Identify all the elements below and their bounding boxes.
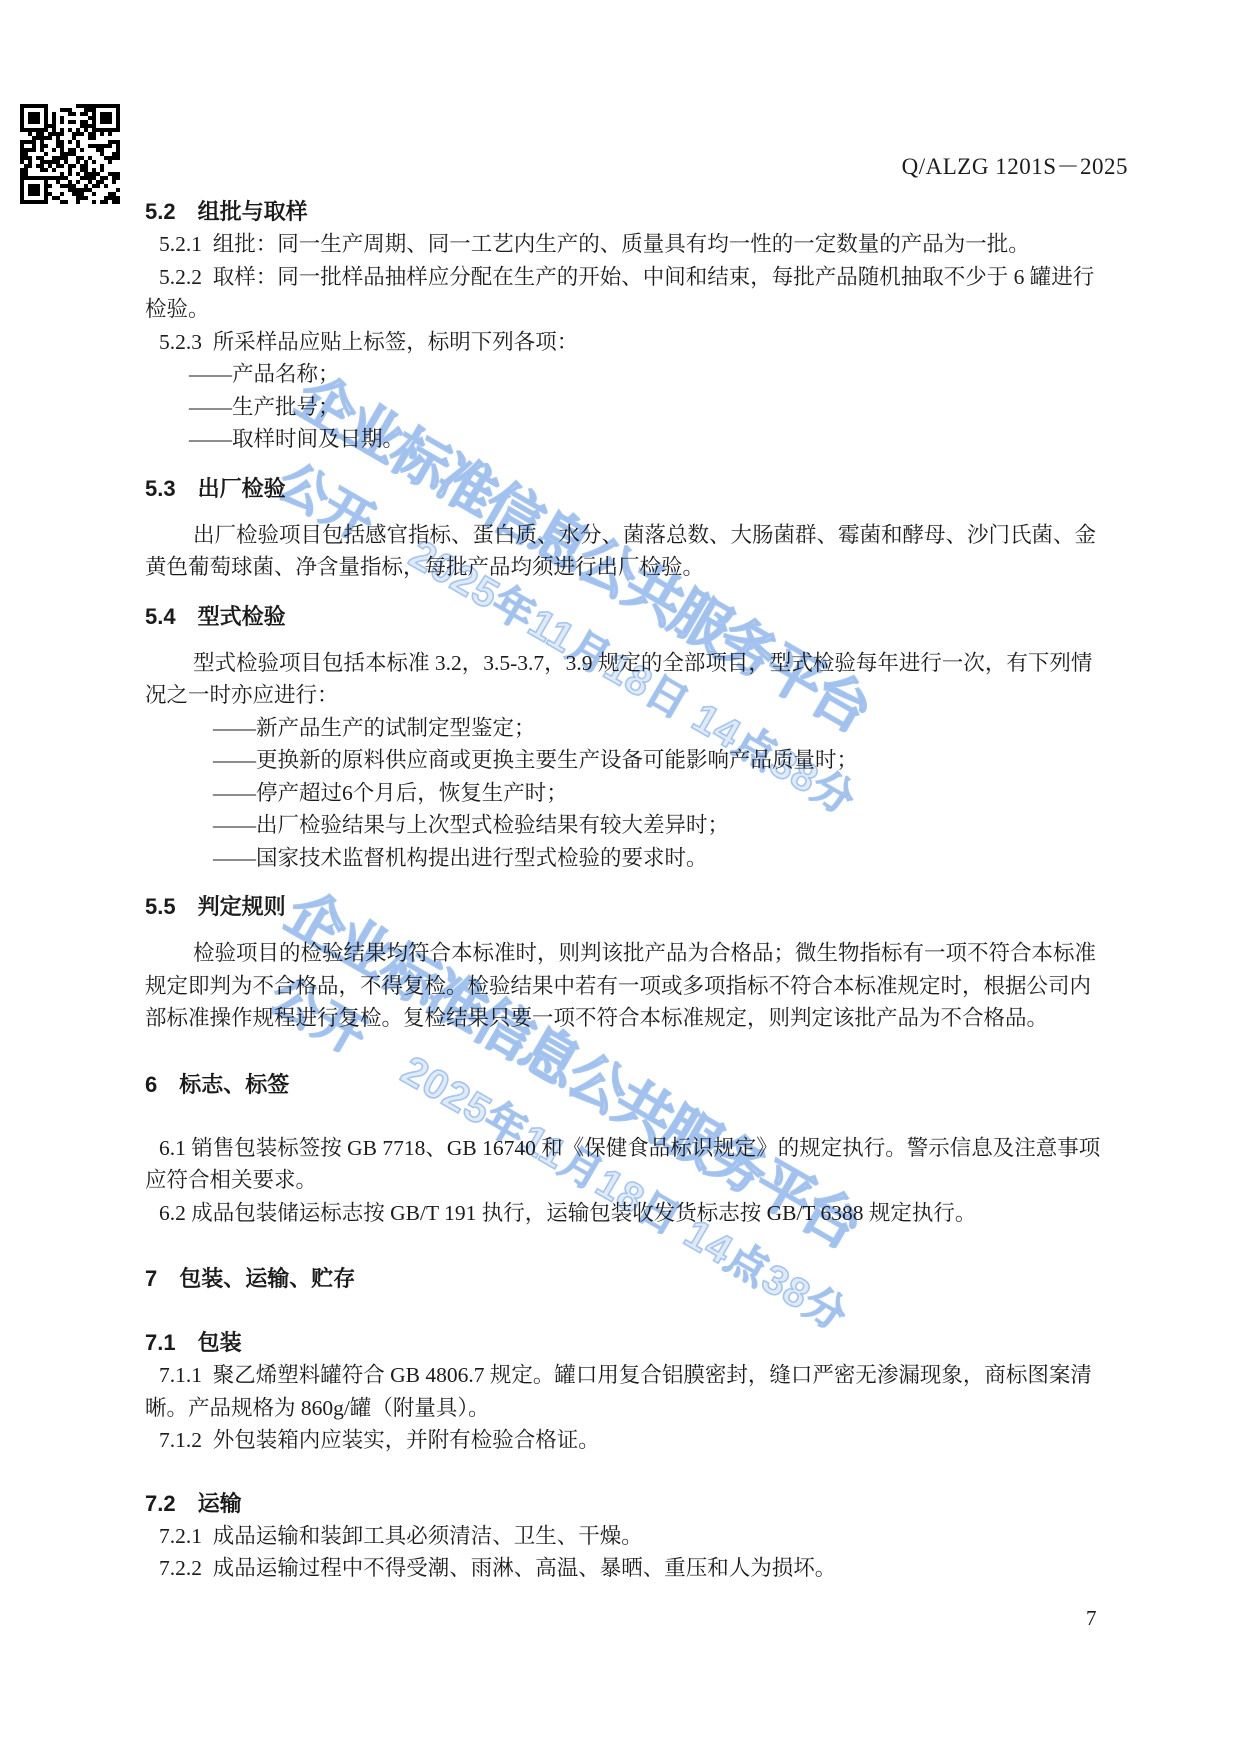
clause-5-2-3: 5.2.3 所采样品应贴上标签，标明下列各项： bbox=[145, 326, 1112, 359]
clause-6-1: 6.1 销售包装标签按 GB 7718、GB 16740 和《保健食品标识规定》… bbox=[145, 1132, 1112, 1197]
list-item: ——国家技术监督机构提出进行型式检验的要求时。 bbox=[213, 842, 1112, 875]
clause-6-2: 6.2 成品包装储运标志按 GB/T 191 执行，运输包装收发货标志按 GB/… bbox=[145, 1197, 1112, 1230]
list-item: ——停产超过6个月后，恢复生产时； bbox=[213, 777, 1112, 810]
heading-7-2: 7.2 运输 bbox=[145, 1487, 1112, 1520]
clause-7-2-2: 7.2.2 成品运输过程中不得受潮、雨淋、高温、暴晒、重压和人为损坏。 bbox=[145, 1552, 1112, 1585]
list-item: ——更换新的原料供应商或更换主要生产设备可能影响产品质量时； bbox=[213, 744, 1112, 777]
list-item: ——取样时间及日期。 bbox=[189, 423, 1112, 456]
list-item: ——产品名称； bbox=[189, 358, 1112, 391]
clause-5-2-2: 5.2.2 取样：同一批样品抽样应分配在生产的开始、中间和结束，每批产品随机抽取… bbox=[145, 261, 1112, 326]
heading-5-2: 5.2 组批与取样 bbox=[145, 195, 1112, 228]
qr-code-icon bbox=[20, 104, 120, 204]
document-page: { "page": { "header_code": "Q/ALZG 1201S… bbox=[0, 0, 1240, 1753]
document-content: 5.2 组批与取样 5.2.1 组批：同一生产周期、同一工艺内生产的、质量具有均… bbox=[145, 195, 1112, 1585]
page-number: 7 bbox=[1086, 1606, 1097, 1631]
qr-code-svg bbox=[20, 104, 120, 204]
paragraph-5-4: 型式检验项目包括本标准 3.2，3.5-3.7，3.9 规定的全部项目，型式检验… bbox=[145, 647, 1112, 712]
heading-5-5: 5.5 判定规则 bbox=[145, 890, 1112, 923]
clause-7-2-1: 7.2.1 成品运输和装卸工具必须清洁、卫生、干燥。 bbox=[145, 1520, 1112, 1553]
clause-5-2-1: 5.2.1 组批：同一生产周期、同一工艺内生产的、质量具有均一性的一定数量的产品… bbox=[145, 228, 1112, 261]
clause-7-1-1: 7.1.1 聚乙烯塑料罐符合 GB 4806.7 规定。罐口用复合铝膜密封，缝口… bbox=[145, 1359, 1112, 1424]
list-item: ——出厂检验结果与上次型式检验结果有较大差异时； bbox=[213, 809, 1112, 842]
list-item: ——新产品生产的试制定型鉴定； bbox=[213, 712, 1112, 745]
document-code: Q/ALZG 1201S－2025 bbox=[902, 148, 1128, 181]
clause-7-1-2: 7.1.2 外包装箱内应装实，并附有检验合格证。 bbox=[145, 1424, 1112, 1457]
heading-5-4: 5.4 型式检验 bbox=[145, 600, 1112, 633]
heading-7-1: 7.1 包装 bbox=[145, 1326, 1112, 1359]
heading-7: 7 包装、运输、贮存 bbox=[145, 1262, 1112, 1295]
list-item: ——生产批号； bbox=[189, 391, 1112, 424]
heading-6: 6 标志、标签 bbox=[145, 1068, 1112, 1101]
paragraph-5-3: 出厂检验项目包括感官指标、蛋白质、水分、菌落总数、大肠菌群、霉菌和酵母、沙门氏菌… bbox=[145, 519, 1112, 584]
paragraph-5-5: 检验项目的检验结果均符合本标准时，则判该批产品为合格品；微生物指标有一项不符合本… bbox=[145, 937, 1112, 1035]
heading-5-3: 5.3 出厂检验 bbox=[145, 472, 1112, 505]
